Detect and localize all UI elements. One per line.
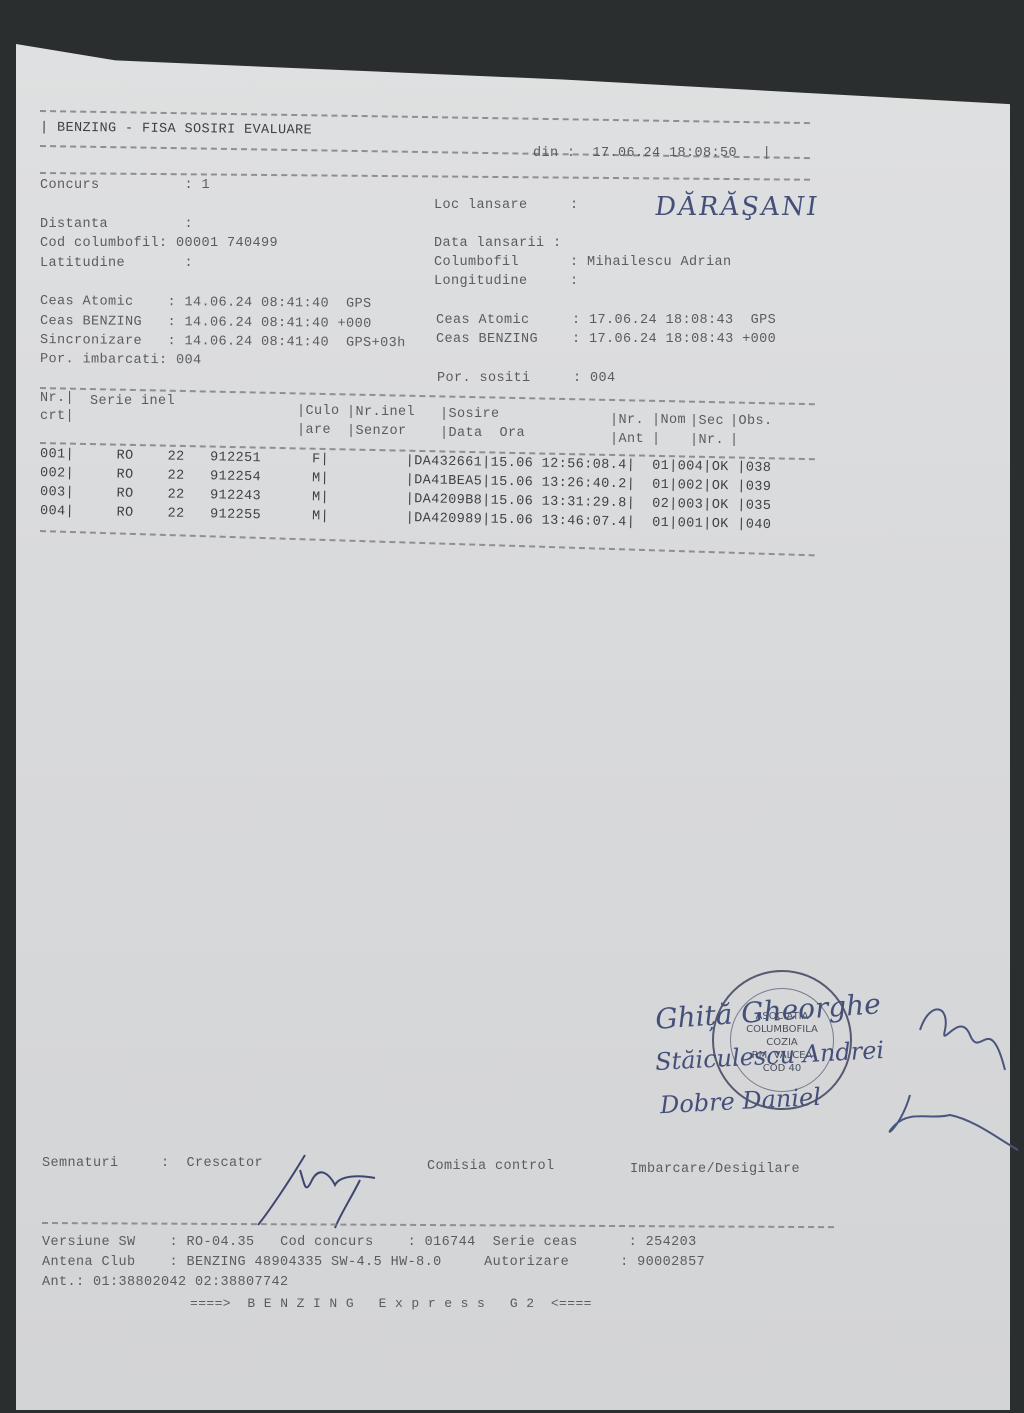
col-header-serie-inel: Serie inel bbox=[90, 394, 175, 409]
autorizare-value: : 90002857 bbox=[620, 1255, 705, 1270]
din-label: din : bbox=[533, 146, 576, 161]
value: : 14.06.24 08:41:40 bbox=[167, 315, 329, 331]
label: Ceas BENZING bbox=[436, 332, 538, 347]
info-latitudine: Latitudine : bbox=[40, 256, 193, 271]
porumbei-sositi: Por. sositi : 004 bbox=[437, 371, 616, 386]
signatures-label: Semnaturi bbox=[42, 1156, 119, 1171]
arrival-time: 13:31:29.8 bbox=[542, 495, 627, 512]
crescator-signature-icon bbox=[250, 1150, 380, 1230]
row-nr: 004 bbox=[40, 504, 66, 519]
label: Concurs bbox=[40, 178, 100, 193]
sec-status: OK bbox=[712, 498, 729, 513]
col-header-nom: |Nom | bbox=[652, 411, 686, 449]
nom: 001 bbox=[678, 516, 704, 531]
sec-status: OK bbox=[712, 460, 729, 475]
value: : 17.06.24 18:08:43 bbox=[572, 313, 734, 328]
label: Latitudine bbox=[40, 256, 125, 271]
col-header-nr-inel-senzor: |Nr.inel |Senzor bbox=[347, 403, 415, 441]
benzing-express-banner: ====> B E N Z I N G E x p r e s s G 2 <=… bbox=[190, 1296, 592, 1311]
value: : bbox=[185, 217, 194, 232]
nom: 004 bbox=[678, 459, 704, 474]
ring-country: RO bbox=[116, 486, 133, 501]
suffix: GPS+03h bbox=[346, 336, 406, 352]
autorizare-label: Autorizare bbox=[484, 1255, 569, 1270]
label: Por. sositi bbox=[437, 371, 531, 386]
clock-atomic-end: Ceas Atomic : 17.06.24 18:08:43 GPS bbox=[436, 313, 776, 328]
crescator-label: : Crescator bbox=[161, 1156, 263, 1171]
arrival-date: 15.06 bbox=[490, 456, 533, 472]
signatures-row: Semnaturi : Crescator bbox=[42, 1156, 263, 1171]
header-bar: | BENZING - FISA SOSIRI EVALUARE bbox=[40, 121, 312, 139]
arrival-time: 13:46:07.4 bbox=[542, 514, 627, 531]
clock-benzing-end: Ceas BENZING : 17.06.24 18:08:43 +000 bbox=[436, 332, 776, 347]
ring-number: 912243 bbox=[210, 488, 261, 504]
clock-atomic-start: Ceas Atomic : 14.06.24 08:41:40 GPS bbox=[40, 294, 372, 312]
antenna-nr: 01 bbox=[652, 516, 669, 531]
sex: F bbox=[312, 452, 321, 467]
antena-value: : BENZING 48904335 SW-4.5 HW-8.0 bbox=[170, 1255, 442, 1270]
sensor-ring: DA432661 bbox=[414, 454, 482, 470]
label: Ceas BENZING bbox=[40, 314, 142, 330]
sex: M bbox=[312, 471, 321, 486]
footer-line-1: Versiune SW : RO-04.35 Cod concurs : 016… bbox=[42, 1235, 697, 1250]
obs: 038 bbox=[746, 461, 772, 476]
info-distanta: Distanta : bbox=[40, 217, 193, 232]
value: : 14.06.24 08:41:40 bbox=[167, 334, 329, 350]
imbarcare-desigilare-label: Imbarcare/Desigilare bbox=[630, 1162, 800, 1177]
sex: M bbox=[312, 490, 321, 505]
ring-year: 22 bbox=[167, 506, 184, 521]
ring-year: 22 bbox=[167, 468, 184, 483]
value: : 004 bbox=[159, 353, 202, 368]
value: : bbox=[570, 274, 579, 289]
arrival-date: 15.06 bbox=[490, 513, 533, 529]
serie-ceas-value: : 254203 bbox=[629, 1235, 697, 1250]
arrival-time: 13:26:40.2 bbox=[542, 476, 627, 493]
ring-year: 22 bbox=[167, 487, 184, 502]
sensor-ring: DA4209B8 bbox=[414, 492, 482, 508]
suffix: +000 bbox=[742, 332, 776, 347]
label: Por. imbarcati bbox=[40, 352, 159, 368]
cod-concurs-value: : 016744 bbox=[408, 1235, 476, 1250]
arrival-date: 15.06 bbox=[490, 494, 533, 510]
obs: 035 bbox=[746, 499, 772, 514]
row-nr: 001 bbox=[40, 447, 66, 462]
col-header-culoare: |Culo |are bbox=[297, 402, 340, 440]
ring-year: 22 bbox=[167, 449, 184, 464]
antenna-codes: Ant.: 01:38802042 02:38807742 bbox=[42, 1275, 289, 1290]
label: Data lansarii bbox=[434, 236, 545, 251]
col-header-obs: |Obs. | bbox=[730, 412, 773, 450]
obs: 040 bbox=[746, 518, 772, 533]
col-header-nr-crt: Nr.| crt| bbox=[40, 390, 74, 426]
row-nr: 003 bbox=[40, 485, 66, 500]
label: Columbofil bbox=[434, 255, 519, 270]
suffix: GPS bbox=[751, 313, 777, 328]
ring-number: 912251 bbox=[210, 450, 261, 466]
loc-lansare-handwritten: DĂRĂŞANI bbox=[653, 192, 821, 222]
ring-number: 912254 bbox=[210, 469, 261, 485]
ring-country: RO bbox=[116, 467, 133, 482]
sheet-title: BENZING - FISA SOSIRI EVALUARE bbox=[57, 121, 312, 139]
footer-line-2: Antena Club : BENZING 48904335 SW-4.5 HW… bbox=[42, 1255, 705, 1270]
clock-sincronizare: Sincronizare : 14.06.24 08:41:40 GPS+03h bbox=[40, 333, 406, 351]
label: Cod columbofil bbox=[40, 236, 159, 251]
din-value: 17.06.24 18:08:50 bbox=[593, 146, 738, 161]
antena-label: Antena Club bbox=[42, 1255, 136, 1270]
nom: 002 bbox=[678, 478, 704, 493]
sec-status: OK bbox=[712, 517, 729, 532]
info-loc-lansare: Loc lansare : bbox=[434, 198, 579, 213]
antenna-nr: 01 bbox=[652, 459, 669, 474]
sex: M bbox=[312, 509, 321, 524]
row-nr: 002 bbox=[40, 466, 66, 481]
obs: 039 bbox=[746, 480, 772, 495]
value: : 004 bbox=[573, 371, 616, 386]
value: : bbox=[570, 198, 579, 213]
value: : Mihailescu Adrian bbox=[570, 255, 732, 270]
antenna-nr: 01 bbox=[652, 478, 669, 493]
ring-number: 912255 bbox=[210, 507, 261, 523]
info-longitudine: Longitudine : bbox=[434, 274, 579, 289]
col-header-sosire: |Sosire |Data Ora bbox=[440, 405, 525, 443]
sec-status: OK bbox=[712, 479, 729, 494]
comisia-control-label: Comisia control bbox=[427, 1159, 555, 1174]
arrival-date: 15.06 bbox=[490, 475, 533, 491]
value: : bbox=[553, 236, 562, 251]
label: Distanta bbox=[40, 217, 108, 232]
ring-country: RO bbox=[116, 505, 133, 520]
issue-date: din : 17.06.24 18:08:50 | bbox=[533, 146, 771, 161]
value: : bbox=[185, 256, 194, 271]
info-cod-columbofil: Cod columbofil: 00001 740499 bbox=[40, 236, 278, 251]
arrival-time: 12:56:08.4 bbox=[542, 457, 627, 474]
col-header-sec-nr: |Sec |Nr. bbox=[690, 412, 724, 450]
porumbei-imbarcati: Por. imbarcati: 004 bbox=[40, 352, 202, 368]
label: Sincronizare bbox=[40, 333, 142, 349]
label: Loc lansare bbox=[434, 198, 528, 213]
serie-ceas-label: Serie ceas bbox=[493, 1235, 578, 1250]
sensor-ring: DA41BEA5 bbox=[414, 473, 482, 489]
value: : 14.06.24 08:41:40 bbox=[167, 295, 329, 311]
value: : 00001 740499 bbox=[159, 236, 278, 251]
cod-concurs-label: Cod concurs bbox=[280, 1235, 374, 1250]
antenna-nr: 02 bbox=[652, 497, 669, 512]
nom: 003 bbox=[678, 497, 704, 512]
info-data-lansarii: Data lansarii : bbox=[434, 236, 562, 251]
info-columbofil: Columbofil : Mihailescu Adrian bbox=[434, 255, 732, 270]
label: Longitudine bbox=[434, 274, 528, 289]
label: Ceas Atomic bbox=[40, 294, 134, 310]
versiune-value: : RO-04.35 bbox=[170, 1235, 255, 1250]
col-header-nr-ant: |Nr. |Ant bbox=[610, 411, 644, 449]
suffix: +000 bbox=[338, 317, 372, 332]
versiune-label: Versiune SW bbox=[42, 1235, 136, 1250]
signature-scribble-icon bbox=[880, 990, 1020, 1160]
suffix: GPS bbox=[346, 297, 372, 312]
sensor-ring: DA420989 bbox=[414, 511, 482, 527]
value: : 17.06.24 18:08:43 bbox=[572, 332, 734, 347]
clock-benzing-start: Ceas BENZING : 14.06.24 08:41:40 +000 bbox=[40, 314, 372, 332]
value: : 1 bbox=[185, 178, 211, 193]
label: Ceas Atomic bbox=[436, 313, 530, 328]
ring-country: RO bbox=[116, 448, 133, 463]
info-concurs: Concurs : 1 bbox=[40, 178, 210, 193]
